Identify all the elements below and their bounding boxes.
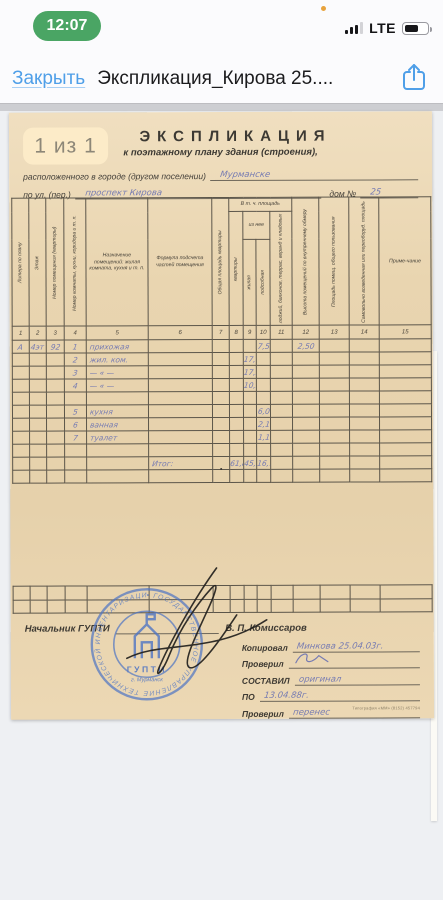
table-cell: 17,2 [243,366,256,379]
table-cell [46,392,64,405]
table-cell [379,391,431,404]
table-cell [292,392,319,405]
cellular-signal-icon [345,22,363,34]
table-cell [30,470,47,483]
field-value: перенес [292,707,330,717]
table-cell [350,469,380,482]
explication-table: Литера по плану Этаж Номер помещения (кв… [11,196,432,484]
table-cell [292,353,319,366]
header-cell: Назначение помещений: жилая комната, кух… [86,198,148,327]
table-cell: 17,4 [243,353,256,366]
table-cell [13,432,30,445]
location-value: Мурманске [219,170,270,180]
table-cell [292,379,319,392]
table-cell [213,444,230,457]
table-cell [12,380,29,393]
table-cell [350,598,380,612]
table-cell [320,469,350,482]
table-cell [270,340,292,353]
table-cell [380,443,432,456]
header-cell: жилая [243,239,256,326]
table-cell [349,391,379,404]
table-cell [270,366,292,379]
table-cell [29,392,46,405]
header-cell: Общая площадь квартиры [212,197,229,325]
table-cell: прихожая [86,340,148,353]
table-cell [213,431,230,444]
location-label: расположенного в городе (другом поселени… [23,171,206,182]
table-cell: 6 [65,418,87,431]
checker-signature-ink [293,651,331,666]
table-cell [212,392,229,405]
table-cell [293,599,320,613]
table-cell [229,366,243,379]
table-cell [212,405,229,418]
table-cell [257,444,271,457]
table-cell [65,599,87,613]
table-cell: 7 [65,431,87,444]
field-value: оригинал [298,674,342,684]
table-cell [148,353,212,366]
field-label: Проверил [242,659,284,669]
table-cell [319,391,349,404]
share-button[interactable] [397,62,431,95]
table-cell [319,378,349,391]
header-cell: Номер помещения (квартиры) [46,198,64,326]
nav-bar: Закрыть Экспликация_Кирова 25.... [0,54,443,104]
battery-icon [402,22,429,35]
header-cell: подсобная [256,239,270,326]
table-row [13,469,432,483]
table-cell: туалет [87,431,149,444]
table-cell [293,585,320,599]
table-cell [230,444,244,457]
table-cell [243,392,256,405]
field-value: Минкова 25.04.03г. [296,641,384,651]
table-cell: А [12,341,29,354]
table-cell [29,405,46,418]
table-cell [293,431,320,444]
document-title: Экспликация_Кирова 25.... [97,68,397,90]
table-cell [256,392,270,405]
table-cell [380,430,432,443]
footer-row: ПО 13.04.88г. [242,685,420,702]
table-cell [319,339,349,352]
table-cell: 4эт [29,340,46,353]
table-cell [46,405,64,418]
header-cell: Литера по плану [12,198,29,326]
table-cell: — « — [86,379,148,392]
table-cell [244,418,257,431]
table-cell: 3 [64,366,86,379]
table-cell [12,406,29,419]
table-cell [349,339,379,352]
table-cell [13,586,30,600]
table-cell [350,443,380,456]
table-cell [243,340,256,353]
table-cell [270,392,292,405]
table-cell [87,444,149,457]
table-cell [29,353,46,366]
nav-shadow-strip [0,104,443,111]
header-cell: Формула подсчета частей помещения [148,198,212,327]
table-cell [379,339,431,352]
document-viewer[interactable]: 1 из 1 ЭКСПЛИКАЦИЯ к поэтажному плану зд… [0,111,443,899]
table-cell [270,353,292,366]
table-cell [349,365,379,378]
time-pill[interactable]: 12:07 [33,11,101,41]
column-number-row: 12 34 56 78 910 1112 1314 15 [12,325,431,340]
table-cell [46,353,64,366]
table-cell: ванная [87,418,149,431]
table-cell [87,457,149,470]
table-cell [320,456,350,469]
clock-label: 12:07 [47,17,88,35]
table-cell [13,600,30,614]
table-cell [380,417,432,430]
table-cell [349,352,379,365]
page-counter-badge: 1 из 1 [23,127,108,164]
table-cell: 2,50 [292,340,319,353]
table-cell [319,365,349,378]
table-cell [13,445,30,458]
footer-row: СОСТАВИЛ оригинал [242,668,420,685]
table-cell [320,585,350,599]
table-cell: 45,1 [244,457,257,470]
header-cell: лоджий, балконов, террас, веранд и кладо… [270,211,292,325]
field-label: Проверил [242,708,284,718]
table-cell [350,417,380,430]
table-cell [379,378,431,391]
table-cell: 1,1 [257,431,271,444]
table-cell [30,600,47,614]
share-icon [401,62,427,92]
table-cell [320,417,350,430]
table-cell [149,418,213,431]
header-cell: Этаж [29,198,46,326]
table-cell [30,431,47,444]
table-cell [271,418,293,431]
header-cell: Площадь помещ. общего пользования [319,197,349,325]
explication-table-body: А4эт921прихожая7,52,502жил. ком.17,43— «… [12,339,432,483]
table-cell [271,431,293,444]
table-cell [244,470,257,483]
table-cell [319,352,349,365]
header-cell: Номер комнаты, кухни, коридора и т. п. [64,198,86,326]
location-line: расположенного в городе (другом поселени… [23,168,418,181]
mic-indicator-dot [321,6,326,11]
table-cell [350,456,380,469]
table-cell [379,352,431,365]
table-cell [46,379,64,392]
table-cell [320,404,350,417]
scan-speck [220,468,222,470]
table-cell [148,366,212,379]
table-cell: 92 [46,340,64,353]
status-bar: 12:07 LTE [0,0,443,54]
table-cell [149,470,213,483]
table-cell: 5 [64,405,86,418]
table-cell [270,405,292,418]
header-group-area: В т. ч. площадь [229,197,292,211]
table-cell [65,444,87,457]
table-cell: 4 [64,379,86,392]
table-cell [47,470,65,483]
table-cell [350,430,380,443]
table-cell [230,418,244,431]
close-button[interactable]: Закрыть [12,68,85,90]
table-cell: 2 [64,353,86,366]
table-cell [30,586,47,600]
table-cell [148,340,212,353]
table-cell [148,392,212,405]
table-cell: Итог: [149,457,213,470]
table-cell [230,470,244,483]
table-cell [148,405,212,418]
field-label: ПО [242,692,255,702]
table-cell [244,444,257,457]
table-cell [270,379,292,392]
table-cell [271,444,293,457]
table-cell [292,366,319,379]
header-cell: Самовольно возве­денная или пере­оборуд.… [349,197,379,325]
table-cell [87,470,149,483]
table-cell [350,404,380,417]
table-cell [257,470,271,483]
table-cell [229,405,243,418]
table-cell: кухня [86,405,148,418]
table-cell [65,586,87,600]
table-cell [380,598,432,612]
table-cell [86,392,148,405]
print-shop-note: Типография «ММ» (8152) 457794 [352,705,420,710]
table-cell [271,470,293,483]
table-cell: 7,5 [256,340,270,353]
table-cell [30,444,47,457]
table-cell [65,470,87,483]
table-cell [293,457,320,470]
table-cell [47,418,65,431]
table-cell [30,457,47,470]
table-cell: 1 [64,340,86,353]
table-cell [12,393,29,406]
header-cell: Высота помещений по внутреннему обмеру [292,197,319,325]
field-label: СОСТАВИЛ [242,675,290,685]
table-cell: 16,7 [257,457,271,470]
table-cell [212,340,229,353]
table-cell [380,456,432,469]
table-cell [213,418,230,431]
field-value: 13.04.88г. [263,691,309,701]
header-cell: квартиры [229,211,243,325]
table-cell [212,366,229,379]
table-cell [350,585,380,599]
table-cell [13,419,30,432]
table-cell: 6,0 [256,405,270,418]
table-cell [320,443,350,456]
table-cell [47,586,65,600]
table-cell [46,366,64,379]
table-cell [244,431,257,444]
header-group-iznee: из нее [243,211,270,239]
table-cell [30,418,47,431]
table-cell [293,418,320,431]
table-cell [230,431,244,444]
table-cell [47,431,65,444]
table-cell [349,378,379,391]
table-cell: жил. ком. [86,353,148,366]
table-cell [320,599,350,613]
table-cell [64,392,86,405]
table-cell [379,365,431,378]
table-cell [13,458,30,471]
table-cell [293,470,320,483]
field-label: Копировал [242,642,288,652]
table-cell [271,457,293,470]
table-cell [47,600,65,614]
table-cell [229,392,243,405]
table-cell [256,366,270,379]
document-page: 1 из 1 ЭКСПЛИКАЦИЯ к поэтажному плану зд… [9,111,434,719]
table-cell [256,379,270,392]
table-cell [212,379,229,392]
table-cell [229,379,243,392]
table-cell [65,457,87,470]
table-cell [256,353,270,366]
table-cell [13,471,30,484]
table-cell [229,340,243,353]
header-cell: Приме-чание [379,197,431,326]
table-cell [148,379,212,392]
table-cell [380,469,432,482]
table-cell [243,405,256,418]
table-cell [229,353,243,366]
table-cell [293,444,320,457]
table-cell [380,585,432,599]
table-cell [380,404,432,417]
footer-row: Проверил [242,652,420,669]
table-cell: — « — [86,366,148,379]
table-cell [29,366,46,379]
table-cell [149,444,213,457]
table-cell: 61,8 [230,457,244,470]
table-cell [293,405,320,418]
table-cell [320,430,350,443]
table-cell: 10,5 [243,379,256,392]
table-cell [47,457,65,470]
table-cell [213,470,230,483]
network-type-label: LTE [369,20,396,36]
table-cell: 2,1 [257,418,271,431]
table-cell [29,379,46,392]
table-cell [149,431,213,444]
table-cell [47,444,65,457]
table-cell [212,353,229,366]
table-cell [12,354,29,367]
table-cell [12,367,29,380]
